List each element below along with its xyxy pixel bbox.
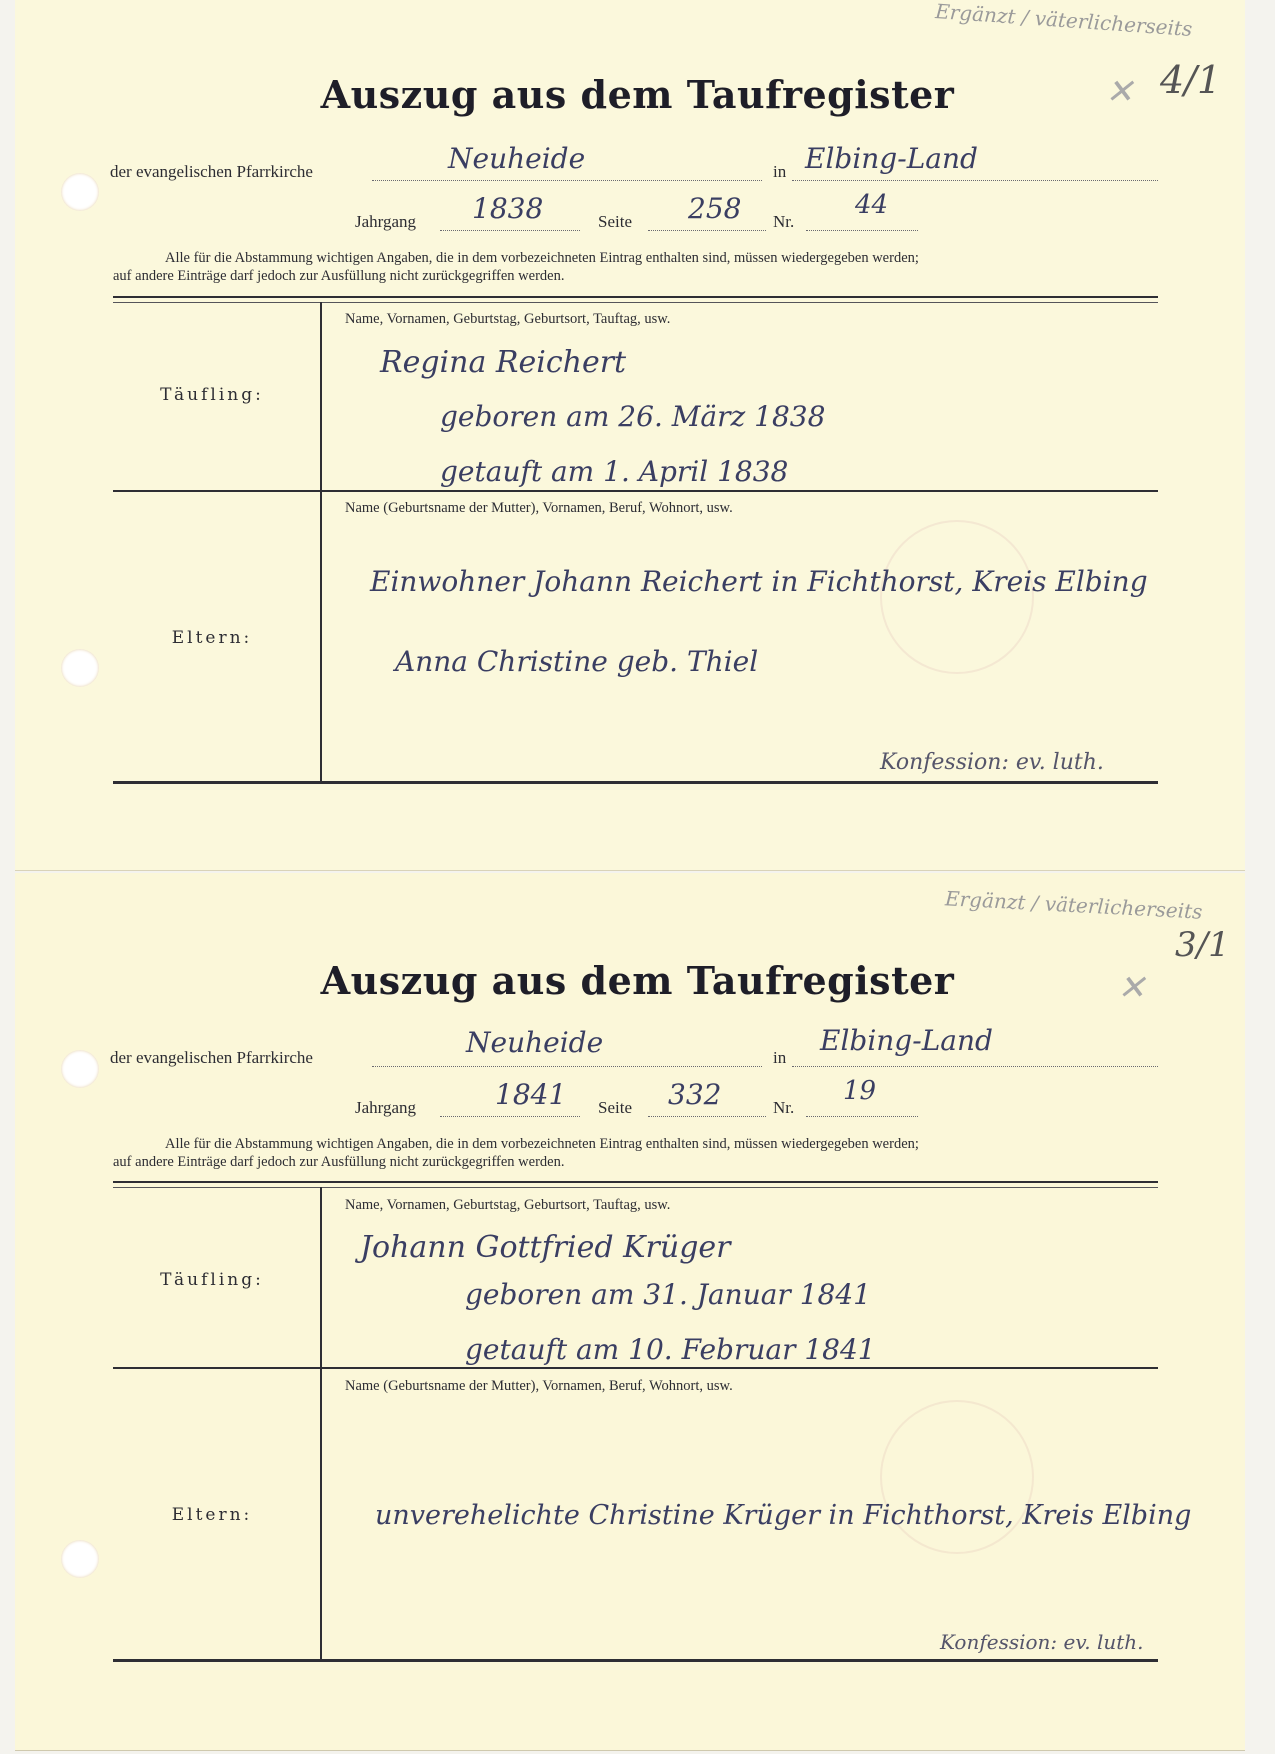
punch-hole bbox=[61, 173, 99, 211]
parents-mother: Anna Christine geb. Thiel bbox=[395, 645, 758, 678]
church-value: Neuheide bbox=[466, 1026, 603, 1059]
in-label: in bbox=[773, 162, 786, 182]
number-field-line bbox=[806, 1116, 918, 1117]
location-field-line bbox=[792, 1066, 1158, 1067]
year-label: Jahrgang bbox=[355, 212, 416, 232]
number-label: Nr. bbox=[773, 1098, 794, 1118]
row-divider bbox=[113, 1367, 1158, 1369]
table-top-rule bbox=[113, 1181, 1158, 1188]
number-label: Nr. bbox=[773, 212, 794, 232]
baptized-baptism: getauft am 10. Februar 1841 bbox=[465, 1333, 876, 1366]
parents-father: Einwohner Johann Reichert in Fichthorst,… bbox=[370, 565, 1148, 598]
parents-label: Eltern: bbox=[112, 1505, 312, 1525]
page-field-line bbox=[648, 230, 766, 231]
baptized-hint: Name, Vornamen, Geburtstag, Geburtsort, … bbox=[345, 311, 670, 328]
church-label: der evangelischen Pfarrkirche bbox=[110, 162, 313, 182]
form-title: Auszug aus dem Taufregister bbox=[0, 72, 1275, 117]
parents-label: Eltern: bbox=[112, 628, 312, 648]
number-value: 44 bbox=[855, 190, 888, 220]
number-field-line bbox=[806, 230, 918, 231]
location-value: Elbing-Land bbox=[820, 1024, 993, 1057]
confession-note: Konfession: ev. luth. bbox=[940, 1630, 1144, 1654]
page-label: Seite bbox=[598, 212, 632, 232]
punch-hole bbox=[61, 1050, 99, 1088]
church-label: der evangelischen Pfarrkirche bbox=[110, 1048, 313, 1068]
church-value: Neuheide bbox=[448, 142, 585, 175]
parents-mother: unverehelichte Christine Krüger in Ficht… bbox=[375, 1500, 1191, 1531]
table-bottom-rule bbox=[113, 781, 1158, 784]
row-divider bbox=[113, 490, 1158, 492]
parents-hint: Name (Geburtsname der Mutter), Vornamen,… bbox=[345, 500, 733, 517]
form-title: Auszug aus dem Taufregister bbox=[0, 958, 1275, 1003]
page-value: 332 bbox=[668, 1078, 721, 1111]
column-divider bbox=[320, 1187, 322, 1660]
parents-hint: Name (Geburtsname der Mutter), Vornamen,… bbox=[345, 1378, 733, 1395]
column-divider bbox=[320, 302, 322, 782]
year-field-line bbox=[440, 1116, 580, 1117]
church-field-line bbox=[372, 180, 762, 181]
instruction-text-line-1: Alle für die Abstammung wichtigen Angabe… bbox=[165, 1136, 919, 1153]
page-label: Seite bbox=[598, 1098, 632, 1118]
baptized-name: Regina Reichert bbox=[380, 345, 626, 380]
year-field-line bbox=[440, 230, 580, 231]
baptized-birth: geboren am 31. Januar 1841 bbox=[465, 1278, 871, 1311]
in-label: in bbox=[773, 1048, 786, 1068]
year-label: Jahrgang bbox=[355, 1098, 416, 1118]
number-value: 19 bbox=[843, 1076, 876, 1106]
document-sheet-2 bbox=[15, 873, 1245, 1750]
table-top-rule bbox=[113, 296, 1158, 303]
document-sheet-1 bbox=[15, 0, 1245, 871]
instruction-text-line-1: Alle für die Abstammung wichtigen Angabe… bbox=[165, 250, 919, 267]
location-field-line bbox=[792, 180, 1158, 181]
confession-note: Konfession: ev. luth. bbox=[880, 750, 1104, 775]
baptized-label: Täufling: bbox=[112, 1270, 312, 1290]
baptized-name: Johann Gottfried Krüger bbox=[360, 1230, 731, 1265]
page-value: 258 bbox=[688, 192, 741, 225]
baptized-birth: geboren am 26. März 1838 bbox=[440, 400, 825, 433]
year-value: 1838 bbox=[472, 192, 543, 225]
punch-hole bbox=[61, 1540, 99, 1578]
year-value: 1841 bbox=[495, 1078, 566, 1111]
location-value: Elbing-Land bbox=[805, 142, 978, 175]
baptized-hint: Name, Vornamen, Geburtstag, Geburtsort, … bbox=[345, 1197, 670, 1214]
table-bottom-rule bbox=[113, 1659, 1158, 1662]
baptized-label: Täufling: bbox=[112, 385, 312, 405]
baptized-baptism: getauft am 1. April 1838 bbox=[440, 455, 788, 488]
church-field-line bbox=[372, 1066, 762, 1067]
page-field-line bbox=[648, 1116, 766, 1117]
instruction-text-line-2: auf andere Einträge darf jedoch zur Ausf… bbox=[113, 1154, 564, 1171]
punch-hole bbox=[61, 649, 99, 687]
instruction-text-line-2: auf andere Einträge darf jedoch zur Ausf… bbox=[113, 268, 564, 285]
